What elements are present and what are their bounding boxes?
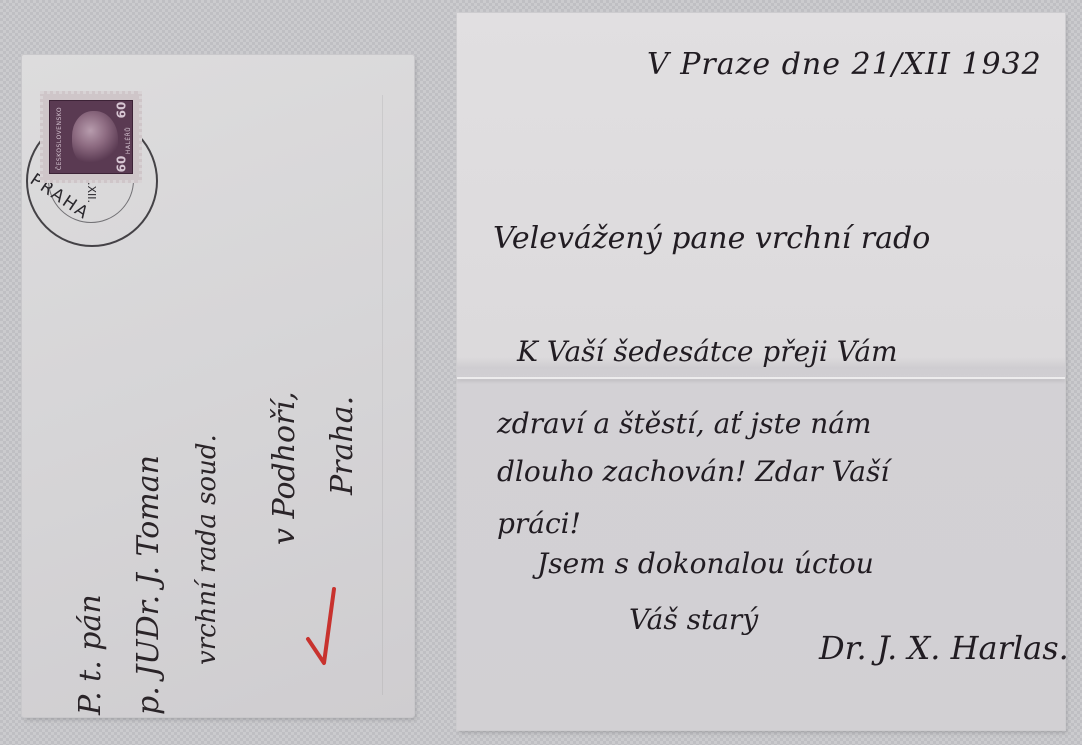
letter-body-line: dlouho zachován! Zdar Vaší	[497, 455, 889, 488]
address-line: P. t. pán	[62, 215, 120, 715]
envelope: PRAHA 21.XII. ČESKOSLOVENSKO 60 60 HALÉŘ…	[22, 55, 414, 717]
envelope-fold	[382, 95, 383, 695]
letter-body-line: zdraví a štěstí, ať jste nám	[497, 407, 872, 440]
postage-stamp: ČESKOSLOVENSKO 60 60 HALÉŘŮ	[40, 91, 142, 183]
address-line: vrchní rada soud.	[178, 215, 236, 715]
letter-body-line: K Vaší šedesátce přeji Vám	[517, 335, 898, 368]
stamp-face: ČESKOSLOVENSKO 60 60 HALÉŘŮ	[49, 100, 133, 174]
letter-closing-line: Váš starý	[629, 603, 758, 636]
stamp-value: 60	[115, 156, 129, 173]
stamp-portrait	[72, 111, 118, 167]
letter-body-line: práci!	[497, 507, 581, 540]
stamp-value: 60	[115, 102, 129, 119]
letter-signature: Dr. J. X. Harlas.	[819, 629, 1069, 667]
letter-salutation: Velevážený pane vrchní radо	[493, 221, 930, 256]
stamp-country: ČESKOSLOVENSKO	[56, 107, 63, 170]
letter-sheet: V Praze dne 21/XII 1932 Velevážený pane …	[457, 13, 1065, 730]
letter-fold-line	[457, 377, 1065, 379]
letter-closing-line: Jsem s dokonalou úctou	[537, 547, 874, 580]
letter-date: V Praze dne 21/XII 1932	[647, 47, 1042, 82]
address-line: p. JUDr. J. Toman	[120, 215, 178, 715]
stamp-currency: HALÉŘŮ	[125, 127, 132, 154]
red-check-mark-icon	[304, 585, 344, 675]
